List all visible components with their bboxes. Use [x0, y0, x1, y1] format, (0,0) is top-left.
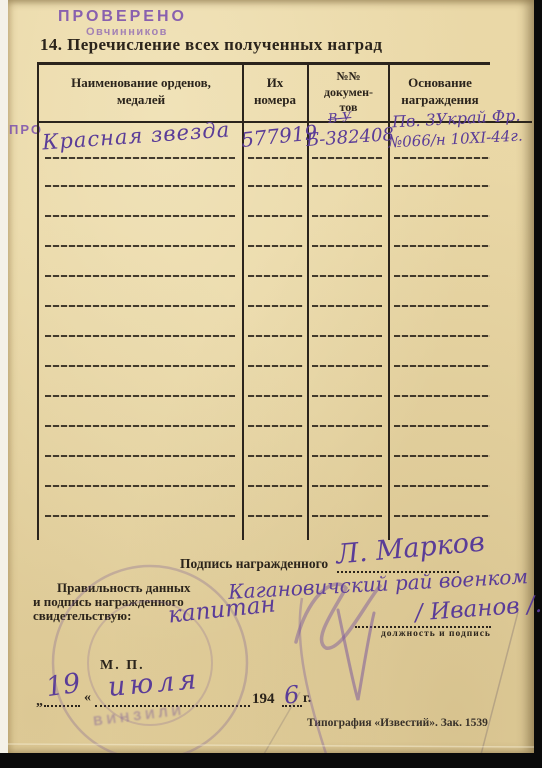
- table-row-line: [45, 515, 235, 517]
- table-row-line: [45, 425, 235, 427]
- certify-text-line3: свидетельствую:: [33, 608, 131, 624]
- table-row-line: [248, 157, 303, 159]
- table-row-line: [394, 425, 490, 427]
- table-row-line: [248, 365, 303, 367]
- table-row-line: [312, 245, 382, 247]
- date-day-line: [44, 705, 80, 707]
- recipient-signature-label: Подпись награжденного: [180, 556, 328, 572]
- position-signature-line: [355, 626, 491, 628]
- position-label: должность и подпись: [381, 629, 491, 639]
- table-row-line: [248, 395, 303, 397]
- page-title: 14. Перечисление всех полученных наград: [40, 35, 382, 55]
- table-row-line: [312, 157, 382, 159]
- col-header-numbers-line1: Их: [243, 75, 307, 92]
- table-row-line: [248, 425, 303, 427]
- table-row-line: [312, 425, 382, 427]
- table-row-line: [312, 365, 382, 367]
- table-row-line: [45, 245, 235, 247]
- table-row-line: [45, 275, 235, 277]
- print-house-note: Типография «Известий». Зак. 1539: [307, 717, 488, 729]
- table-row-line: [248, 335, 303, 337]
- table-row-line: [394, 245, 490, 247]
- table-row-line: [394, 395, 490, 397]
- table-left-border: [37, 62, 39, 540]
- table-top-border: [37, 62, 490, 65]
- table-row-line: [248, 245, 303, 247]
- scanned-award-record-page: ПРОВЕРЕНО Овчинников ПРО 14. Перечислени…: [0, 0, 542, 768]
- table-row-line: [248, 455, 303, 457]
- table-row-line: [394, 275, 490, 277]
- scan-left-margin: [0, 0, 8, 753]
- table-row-line: [312, 185, 382, 187]
- table-row-line: [248, 485, 303, 487]
- table-row-line: [45, 157, 235, 159]
- table-row-line: [45, 335, 235, 337]
- col-header-award-name-line2: медалей: [41, 92, 241, 109]
- date-year-line: [282, 705, 302, 707]
- table-row-line: [312, 455, 382, 457]
- date-year-suffix: г.: [303, 691, 311, 707]
- table-row-line: [394, 185, 490, 187]
- table-row-line: [394, 485, 490, 487]
- col-header-basis-line1: Основание: [390, 75, 490, 92]
- col-header-basis: Основание награждения: [390, 75, 490, 109]
- table-row-line: [312, 335, 382, 337]
- col-header-documents-line2: докумен-: [309, 85, 388, 101]
- table-row-line: [394, 215, 490, 217]
- table-row-line: [45, 455, 235, 457]
- table-row-line: [248, 275, 303, 277]
- col-header-documents-line1: №№: [309, 69, 388, 85]
- table-row-line: [312, 275, 382, 277]
- entry-doc-number-crossed: В-У: [327, 110, 352, 127]
- col-header-basis-line2: награждения: [390, 92, 490, 109]
- scan-bottom-edge: [0, 753, 542, 768]
- date-day-handwriting: 19: [44, 668, 82, 703]
- table-row-line: [248, 215, 303, 217]
- table-row-line: [248, 305, 303, 307]
- col-header-award-name-line1: Наименование орденов,: [41, 75, 241, 92]
- table-row-line: [45, 185, 235, 187]
- table-row-line: [45, 395, 235, 397]
- col-header-numbers: Их номера: [243, 75, 307, 109]
- table-row-line: [45, 215, 235, 217]
- table-row-line: [312, 485, 382, 487]
- table-row-line: [45, 485, 235, 487]
- table-row-line: [45, 305, 235, 307]
- col-header-documents: №№ докумен- тов: [309, 69, 388, 116]
- table-row-line: [312, 515, 382, 517]
- col-header-award-name: Наименование орденов, медалей: [41, 75, 241, 109]
- table-row-line: [394, 305, 490, 307]
- date-open-quote: „: [36, 694, 43, 710]
- table-row-line: [312, 215, 382, 217]
- date-close-quote: «: [84, 690, 91, 706]
- table-row-line: [45, 365, 235, 367]
- table-row-line: [394, 335, 490, 337]
- table-row-line: [394, 157, 490, 159]
- table-row-line: [312, 305, 382, 307]
- table-row-line: [394, 365, 490, 367]
- verified-stamp: ПРОВЕРЕНО: [58, 8, 187, 26]
- table-row-line: [312, 395, 382, 397]
- table-row-line: [248, 185, 303, 187]
- date-year-printed: 194: [252, 691, 275, 708]
- table-row-line: [394, 515, 490, 517]
- table-row-line: [248, 515, 303, 517]
- col-header-numbers-line2: номера: [243, 92, 307, 109]
- table-row-line: [394, 455, 490, 457]
